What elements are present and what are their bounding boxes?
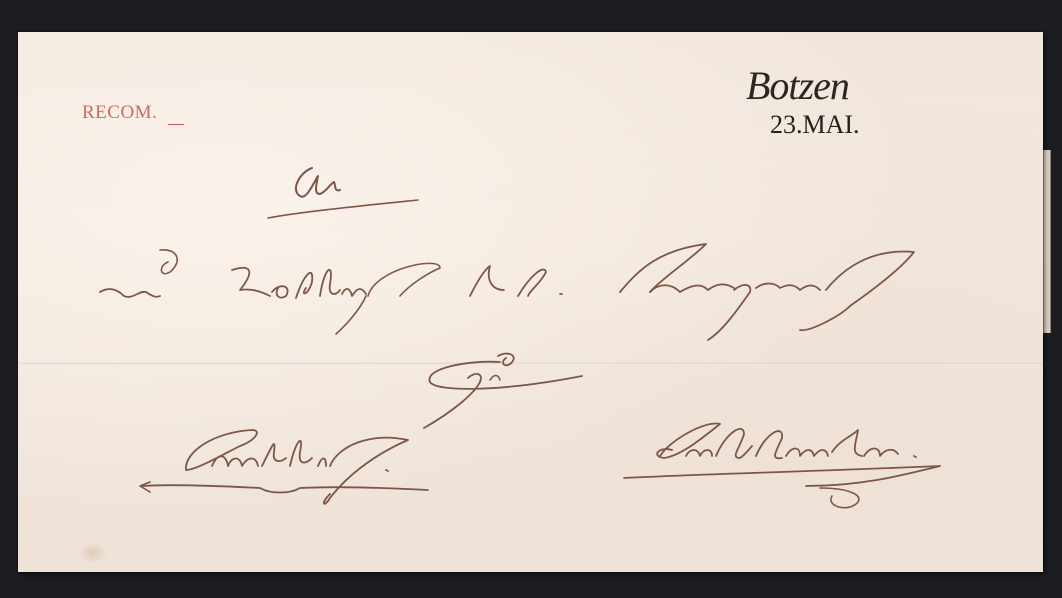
recom-registration-stamp: RECOM. bbox=[82, 102, 157, 124]
horizontal-fold-line bbox=[18, 362, 1043, 365]
postmark-date: 23.MAI. bbox=[770, 110, 860, 140]
recom-underline bbox=[168, 124, 184, 125]
photo-scene: RECOM. Botzen 23.MAI. bbox=[0, 0, 1062, 598]
botzen-postmark: Botzen 23.MAI. bbox=[746, 62, 936, 157]
postmark-town: Botzen bbox=[746, 62, 849, 109]
paper-stain bbox=[78, 542, 108, 564]
